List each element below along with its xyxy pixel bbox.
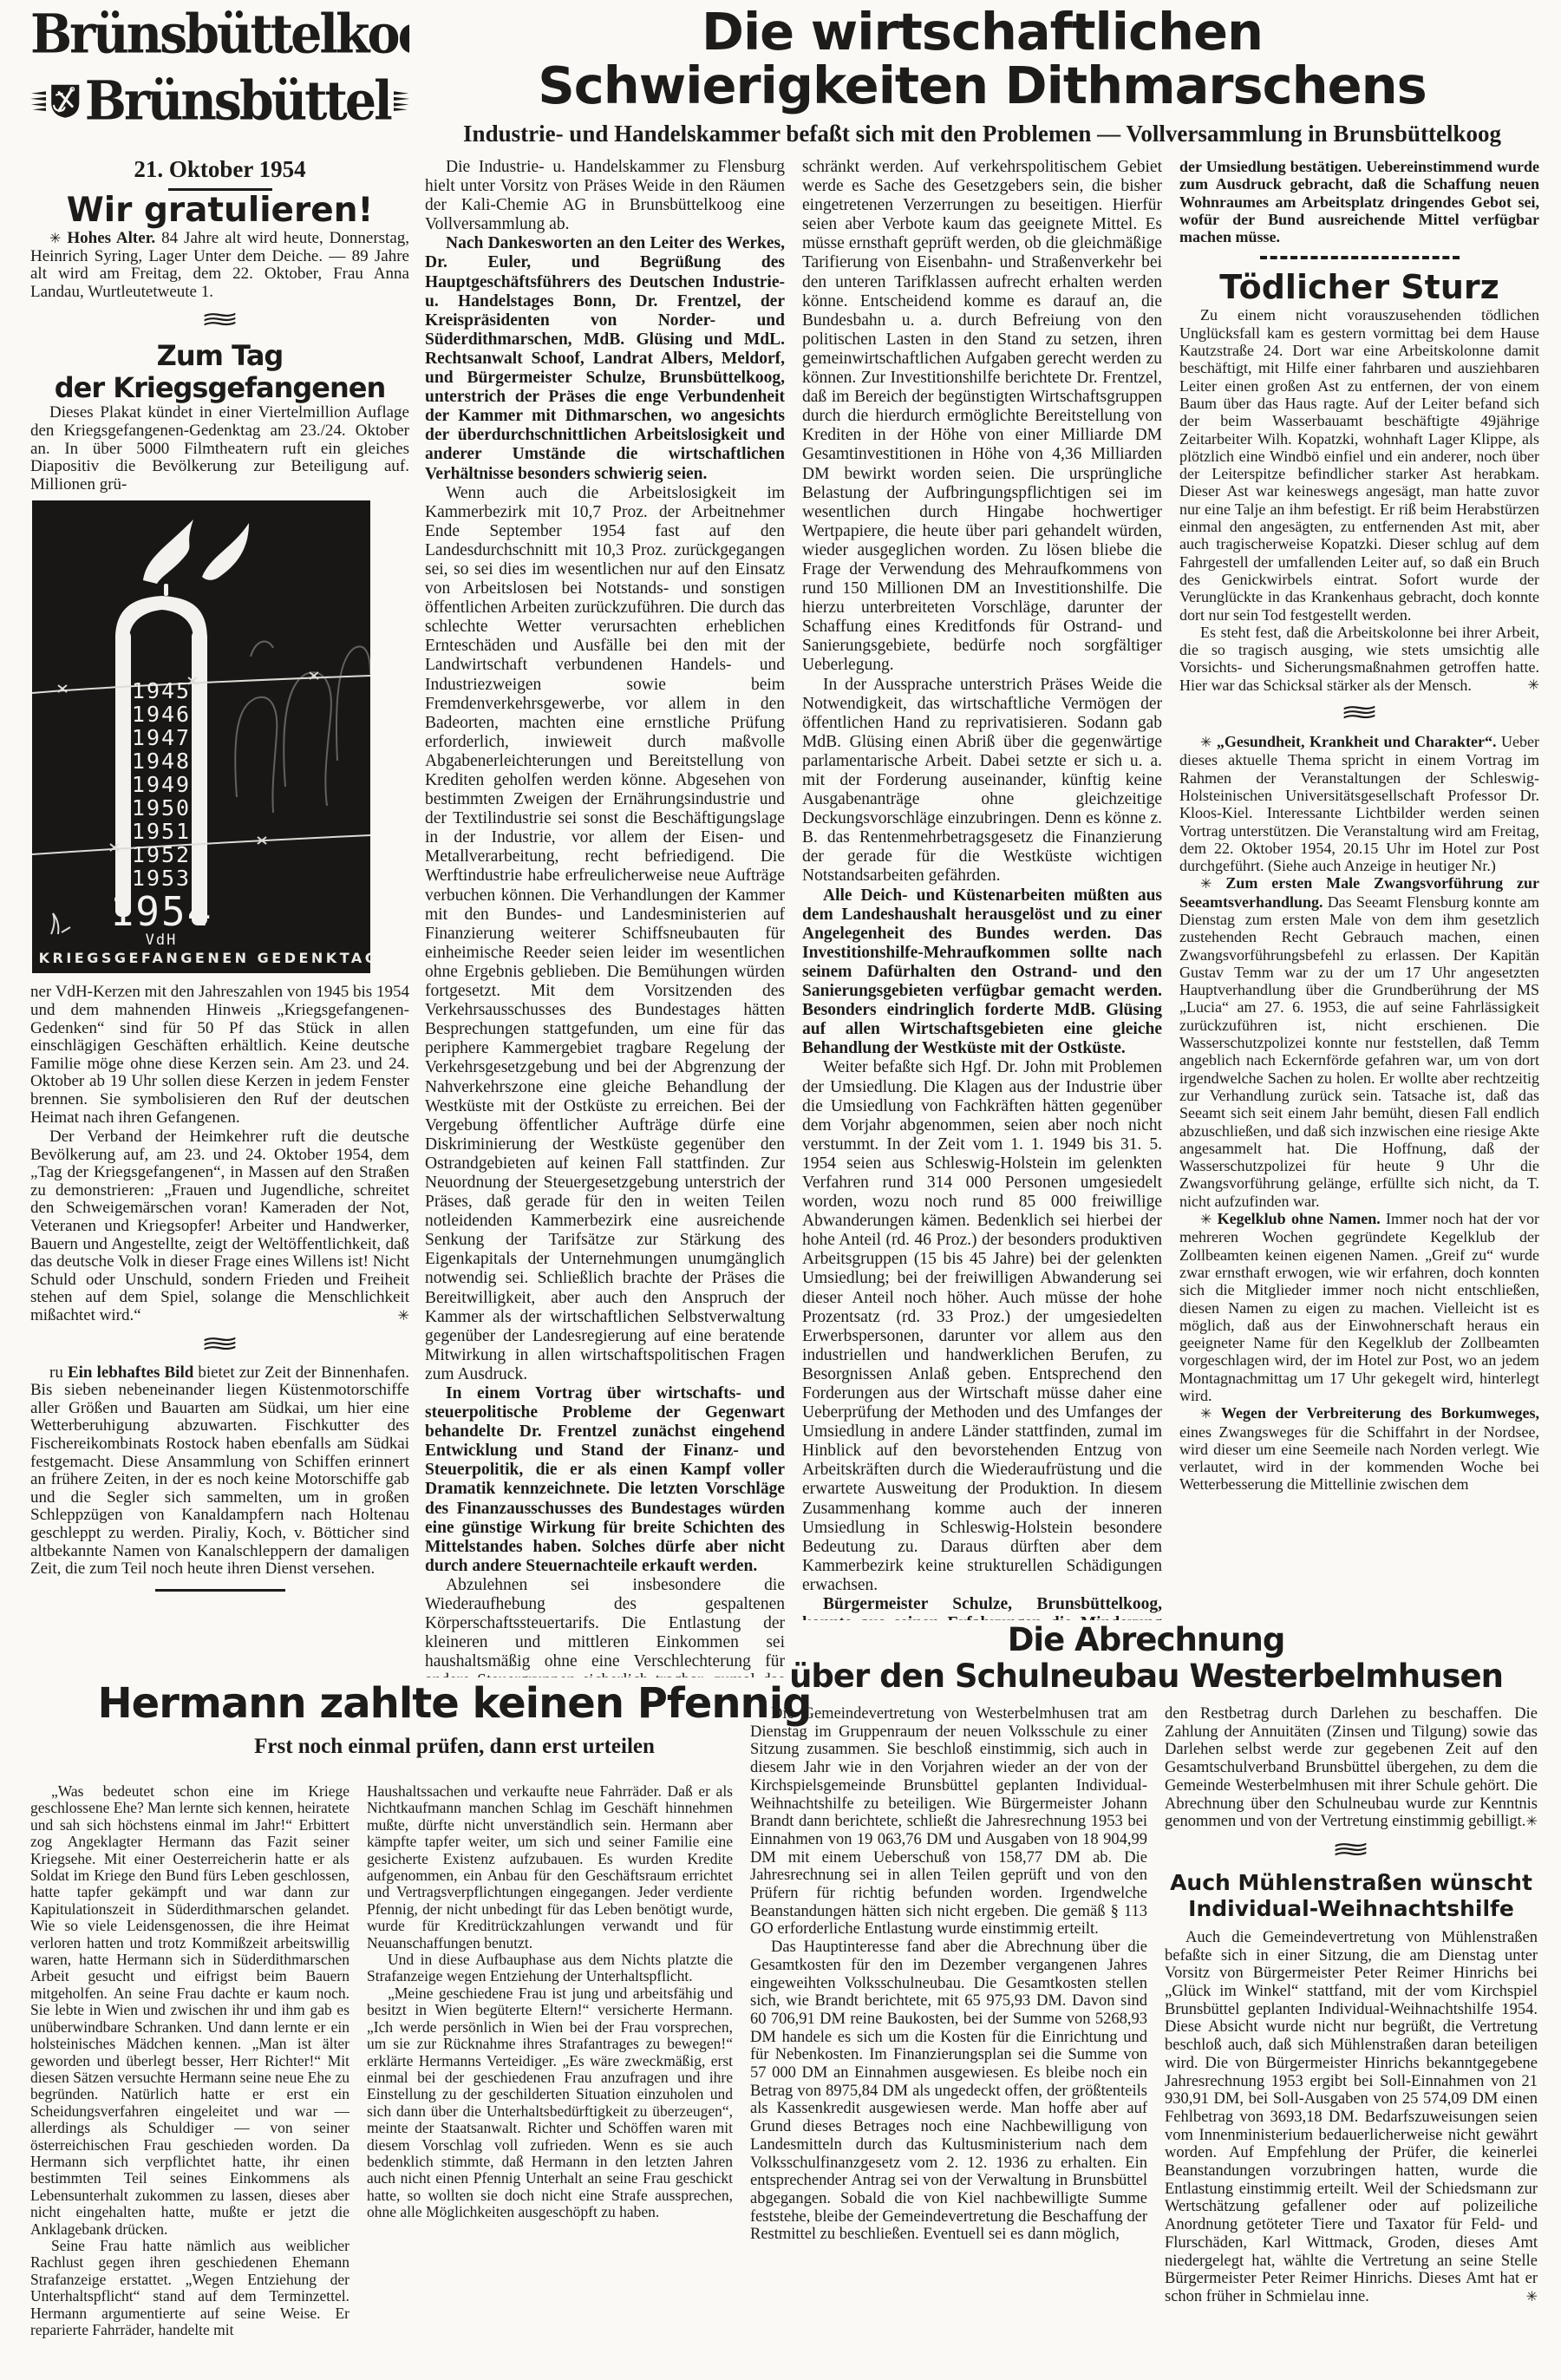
harbour-news-lead: Ein lebhaftes Bild — [68, 1363, 193, 1382]
paragraph: In einem Vortrag über wirtschafts- und s… — [425, 1384, 785, 1576]
paragraph: Alle Deich- und Küstenarbeiten müßten au… — [802, 886, 1162, 1059]
wave-divider-icon: ≋ — [1165, 1839, 1538, 1862]
paragraph: Die Industrie- u. Handelskammer zu Flens… — [425, 158, 785, 234]
lead-article-header: Die wirtschaftlichen Schwierigkeiten Dit… — [425, 5, 1539, 147]
paragraph: Weiter befaßte sich Hgf. Dr. John mit Pr… — [802, 1058, 1162, 1595]
pow-day-heading: Zum Tag der Kriegsgefangenen — [30, 340, 409, 404]
lead-article-column-1: Die Industrie- u. Handelskammer zu Flens… — [425, 158, 785, 1677]
paragraph: Zu einem nicht vorauszusehenden tödliche… — [1179, 306, 1539, 623]
paragraph: „Meine geschiedene Frau ist jung und arb… — [367, 1985, 733, 2221]
masthead: Brünsbüttelkoog — [30, 9, 409, 191]
poster-year: 1949 — [132, 772, 191, 797]
accident-article-headline: Tödlicher Sturz — [1179, 268, 1539, 306]
newspaper-page: Brünsbüttelkoog — [0, 0, 1561, 2380]
paragraph: „Was bedeutet schon eine im Kriege gesch… — [30, 1783, 349, 2238]
ornament-right-icon — [394, 73, 409, 128]
paragraph: Es steht fest, daß die Arbeitskolonne be… — [1179, 624, 1539, 694]
paragraph: Die Gemeindevertretung von Westerbelmhus… — [750, 1705, 1147, 1939]
section-rule — [155, 1589, 285, 1592]
poster-year: 1952 — [132, 842, 191, 867]
court-article-column-2: Haushaltssachen und verkaufte neue Fahrr… — [367, 1783, 733, 2380]
paragraph: Nach Dankesworten an den Leiter des Werk… — [425, 234, 785, 483]
star-icon: ✳ — [1507, 677, 1539, 694]
poster-year: 1947 — [132, 725, 191, 750]
town-crest-icon — [49, 57, 81, 144]
poster-caption: KRIEGSGEFANGENEN GEDENKTAG — [39, 950, 370, 966]
lead-article-ending: der Umsiedlung bestätigen. Uebereinstimm… — [1179, 158, 1539, 245]
wave-divider-icon: ≋ — [30, 309, 409, 332]
paragraph: schränkt werden. Auf verkehrspolitischem… — [802, 158, 1162, 676]
paragraph: Haushaltssachen und verkaufte neue Fahrr… — [367, 1783, 733, 1952]
wave-divider-icon: ≋ — [30, 1333, 409, 1357]
lead-article-headline: Die wirtschaftlichen Schwierigkeiten Dit… — [425, 5, 1539, 113]
ornament-left-icon — [30, 73, 46, 128]
paragraph: Wenn auch die Arbeitslosigkeit im Kammer… — [425, 484, 785, 1384]
poster-year: 1951 — [132, 819, 191, 844]
star-icon: ✳ — [49, 230, 61, 246]
poster-caption-text-1: ner VdH-Kerzen mit den Jahreszahlen von … — [30, 984, 409, 1127]
congrats-lead: Hohes Alter. — [67, 229, 155, 247]
harbour-news-text: bietet zur Zeit der Binnenhafen. Bis sie… — [30, 1363, 409, 1579]
poster-year: 1946 — [132, 702, 191, 727]
paragraph: Das Hauptinteresse fand aber die Abrechn… — [750, 1939, 1147, 2244]
school-article-ending: den Restbetrag durch Darlehen zu beschaf… — [1165, 1705, 1538, 1831]
star-icon: ✳ — [1200, 1405, 1212, 1422]
christmas-aid-headline: Auch Mühlenstraßen wünscht Individual-We… — [1165, 1870, 1538, 1922]
star-icon: ✳ — [1505, 2288, 1538, 2306]
poster-vdh-label: VdH — [146, 932, 178, 949]
pow-memorial-poster: 1945 1946 1947 1948 1949 1950 1951 1952 … — [32, 500, 370, 973]
masthead-title-line2: Brünsbüttel — [85, 69, 390, 132]
news-item: ✳ Zum ersten Male Zwangsvorführung zur S… — [1179, 874, 1539, 1210]
paragraph: Seine Frau hatte nämlich aus weiblicher … — [30, 2238, 349, 2338]
poster-year: 1953 — [132, 866, 191, 891]
right-column: der Umsiedlung bestätigen. Uebereinstimm… — [1179, 158, 1539, 1622]
news-item: ✳ Kegelklub ohne Namen. Immer noch hat d… — [1179, 1210, 1539, 1404]
star-icon: ✳ — [1200, 875, 1212, 892]
paragraph: Bürgermeister Schulze, Brunsbüttelkoog, … — [802, 1595, 1162, 1620]
wave-divider-icon: ≋ — [1179, 702, 1539, 725]
paragraph: Abzulehnen sei insbesondere die Wiederau… — [425, 1576, 785, 1677]
poster-year-big: 1954 — [110, 888, 213, 935]
star-icon: ✳ — [1200, 734, 1212, 750]
issue-date: 21. Oktober 1954 — [30, 156, 409, 183]
christmas-aid-text: Auch die Gemeindevertretung von Mühlenst… — [1165, 1929, 1538, 2306]
congrats-heading: Wir gratulieren! — [30, 191, 409, 230]
star-icon: ✳ — [379, 1307, 409, 1325]
school-article-column-1: Die Gemeindevertretung von Westerbelmhus… — [750, 1705, 1147, 2380]
congrats-item: ✳ Hohes Alter. 84 Jahre alt wird heute, … — [30, 230, 409, 301]
news-item: ✳ Wegen der Verbreiterung des Borkumwege… — [1179, 1404, 1539, 1493]
author-initials: ru — [49, 1363, 63, 1382]
poster-year: 1945 — [132, 678, 191, 703]
lead-article-column-2: schränkt werden. Auf verkehrspolitischem… — [802, 158, 1162, 1620]
lead-article-subhead: Industrie- und Handelskammer befaßt sich… — [425, 121, 1539, 147]
poster-caption-text-2: Der Verband der Heimkehrer ruft die deut… — [30, 1128, 409, 1325]
dashed-divider — [1260, 256, 1460, 259]
news-item: ✳ „Gesundheit, Krankheit und Charakter“.… — [1179, 733, 1539, 874]
harbour-news-item: ru Ein lebhaftes Bild bietet zur Zeit de… — [30, 1364, 409, 1579]
pow-day-intro: Dieses Plakat kündet in einer Viertelmil… — [30, 404, 409, 494]
school-article-column-2: den Restbetrag durch Darlehen zu beschaf… — [1165, 1705, 1538, 2380]
paragraph: In der Aussprache unterstrich Präses Wei… — [802, 676, 1162, 886]
left-column: Brünsbüttelkoog — [30, 9, 409, 1678]
masthead-title-line1: Brünsbüttelkoog — [30, 9, 409, 62]
court-article-column-1: „Was bedeutet schon eine im Kriege gesch… — [30, 1783, 349, 2380]
poster-year: 1948 — [132, 749, 191, 774]
star-icon: ✳ — [1526, 1813, 1538, 1831]
school-article-headline: Die Abrechnung über den Schulneubau West… — [753, 1622, 1539, 1695]
star-icon: ✳ — [1200, 1211, 1212, 1227]
paragraph: Und in diese Aufbauphase aus dem Nichts … — [367, 1952, 733, 1985]
poster-year: 1950 — [132, 795, 191, 821]
